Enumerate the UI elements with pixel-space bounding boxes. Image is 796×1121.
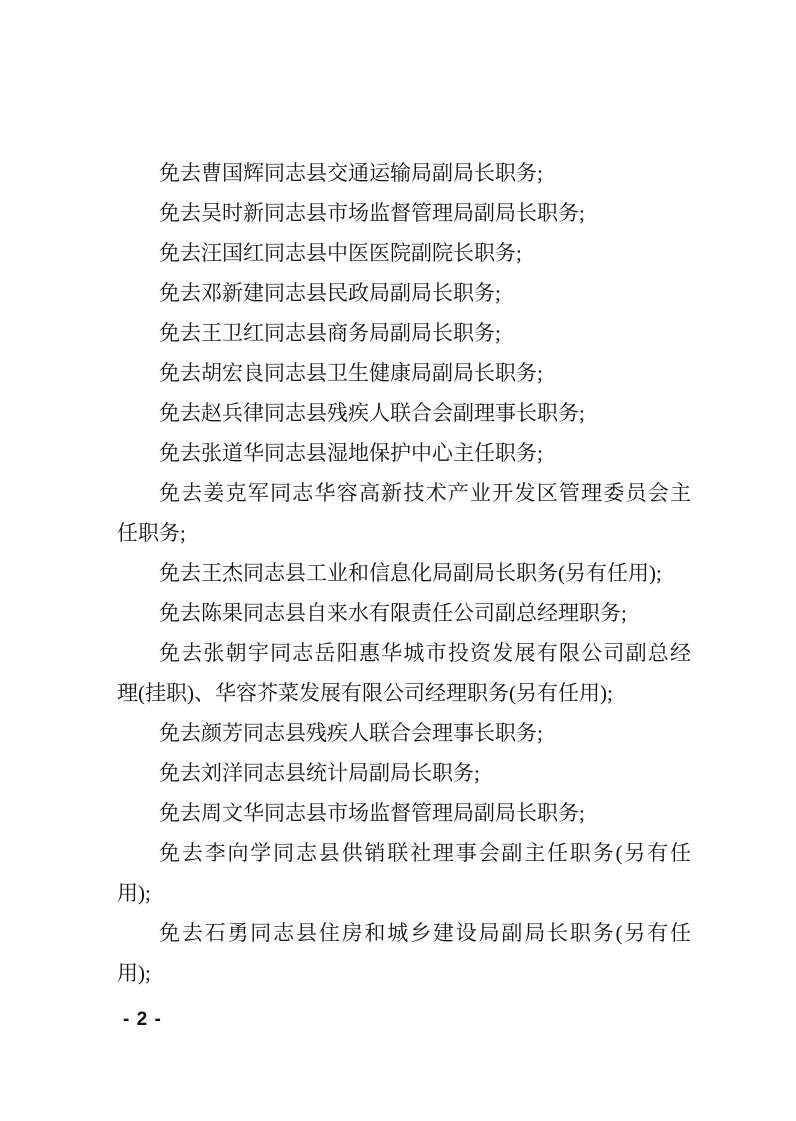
text-line: 任职务;	[117, 513, 691, 553]
text-line: 免去周文华同志县市场监督管理局副局长职务;	[117, 793, 691, 833]
text-line: 免去汪国红同志县中医医院副院长职务;	[117, 233, 691, 273]
text-line: 免去邓新建同志县民政局副局长职务;	[117, 273, 691, 313]
text-line: 免去张朝宇同志岳阳惠华城市投资发展有限公司副总经	[117, 633, 691, 673]
text-line: 免去颜芳同志县残疾人联合会理事长职务;	[117, 713, 691, 753]
text-line: 免去石勇同志县住房和城乡建设局副局长职务(另有任	[117, 913, 691, 953]
text-line: 免去姜克军同志华容高新技术产业开发区管理委员会主	[117, 473, 691, 513]
text-line: 用);	[117, 873, 691, 913]
text-line: 免去刘洋同志县统计局副局长职务;	[117, 753, 691, 793]
text-line: 免去吴时新同志县市场监督管理局副局长职务;	[117, 193, 691, 233]
text-line: 免去李向学同志县供销联社理事会副主任职务(另有任	[117, 833, 691, 873]
page-number: - 2 -	[123, 1006, 162, 1034]
text-line: 免去陈果同志县自来水有限责任公司副总经理职务;	[117, 593, 691, 633]
text-line: 免去赵兵律同志县残疾人联合会副理事长职务;	[117, 393, 691, 433]
text-line: 用);	[117, 953, 691, 993]
text-line: 免去王卫红同志县商务局副局长职务;	[117, 313, 691, 353]
text-line: 免去张道华同志县湿地保护中心主任职务;	[117, 433, 691, 473]
text-line: 免去王杰同志县工业和信息化局副局长职务(另有任用);	[117, 553, 691, 593]
text-line: 免去胡宏良同志县卫生健康局副局长职务;	[117, 353, 691, 393]
document-page: 免去曹国辉同志县交通运输局副局长职务;免去吴时新同志县市场监督管理局副局长职务;…	[0, 0, 796, 1121]
text-line: 免去曹国辉同志县交通运输局副局长职务;	[117, 153, 691, 193]
document-body: 免去曹国辉同志县交通运输局副局长职务;免去吴时新同志县市场监督管理局副局长职务;…	[117, 153, 691, 993]
text-line: 理(挂职)、华容芥菜发展有限公司经理职务(另有任用);	[117, 673, 691, 713]
